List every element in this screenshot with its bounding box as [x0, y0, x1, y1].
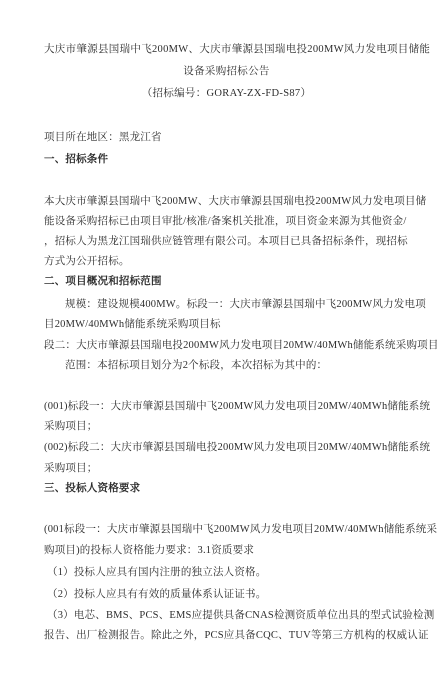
section-1-heading: 一、招标条件 — [44, 150, 409, 170]
qualification-item-line: （1）投标人应具有国内注册的独立法人资格。 — [44, 563, 409, 583]
scale-line: 段二：大庆市肇源县国瑞电投200MW风力发电项目20MW/40MWh储能系统采购… — [44, 336, 409, 356]
scope-line: 范围：本招标项目划分为2个标段，本次招标为其中的： — [44, 356, 409, 376]
scale-line: 目20MW/40MWh储能系统采购项目标 — [44, 315, 409, 335]
section-1-body-line: 能设备采购招标已由项目审批/核准/备案机关批准，项目资金来源为其他资金/ — [44, 212, 409, 232]
lot-1-line: (001)标段一：大庆市肇源县国瑞中飞200MW风力发电项目20MW/40MWh… — [44, 397, 409, 417]
scale-line: 规模：建设规模400MW。标段一：大庆市肇源县国瑞中飞200MW风力发电项 — [44, 295, 409, 315]
section-1-body-line: 本大庆市肇源县国瑞中飞200MW、大庆市肇源县国瑞电投200MW风力发电项目储 — [44, 192, 409, 212]
project-location-line: 项目所在地区：黑龙江省 — [44, 128, 409, 148]
doc-tender-number-line: （招标编号：GORAY-ZX-FD-S87） — [44, 83, 409, 105]
qualification-requirement-line: (001标段一：大庆市肇源县国瑞中飞200MW风力发电项目20MW/40MWh储… — [44, 520, 409, 540]
qualification-item-line: （3）电芯、BMS、PCS、EMS应提供具备CNAS检测资质单位出具的型式试验检… — [44, 606, 409, 626]
document-page: 大庆市肇源县国瑞中飞200MW、大庆市肇源县国瑞电投200MW风力发电项目储能 … — [0, 0, 447, 679]
qualification-requirement-line: 购项目)的投标人资格能力要求：3.1资质要求 — [44, 541, 409, 561]
doc-title-line-1: 大庆市肇源县国瑞中飞200MW、大庆市肇源县国瑞电投200MW风力发电项目储能 — [44, 39, 409, 61]
section-1-body-line: 方式为公开招标。 — [44, 252, 409, 272]
section-3-heading: 三、投标人资格要求 — [44, 479, 409, 499]
qualification-item-line: 报告、出厂检测报告。除此之外，PCS应具备CQC、TUV等第三方机构的权威认证 — [44, 626, 409, 646]
lot-2-line: (002)标段二：大庆市肇源县国瑞电投200MW风力发电项目20MW/40MWh… — [44, 438, 409, 458]
section-2-heading: 二、项目概况和招标范围 — [44, 272, 409, 292]
lot-2-line: 采购项目； — [44, 459, 409, 479]
section-1-body-line: ，招标人为黑龙江国瑞供应链管理有限公司。本项目已具备招标条件，现招标 — [44, 232, 409, 252]
lot-1-line: 采购项目； — [44, 417, 409, 437]
qualification-item-line: （2）投标人应具有有效的质量体系认证证书。 — [44, 585, 409, 605]
doc-title-line-2: 设备采购招标公告 — [44, 61, 409, 83]
